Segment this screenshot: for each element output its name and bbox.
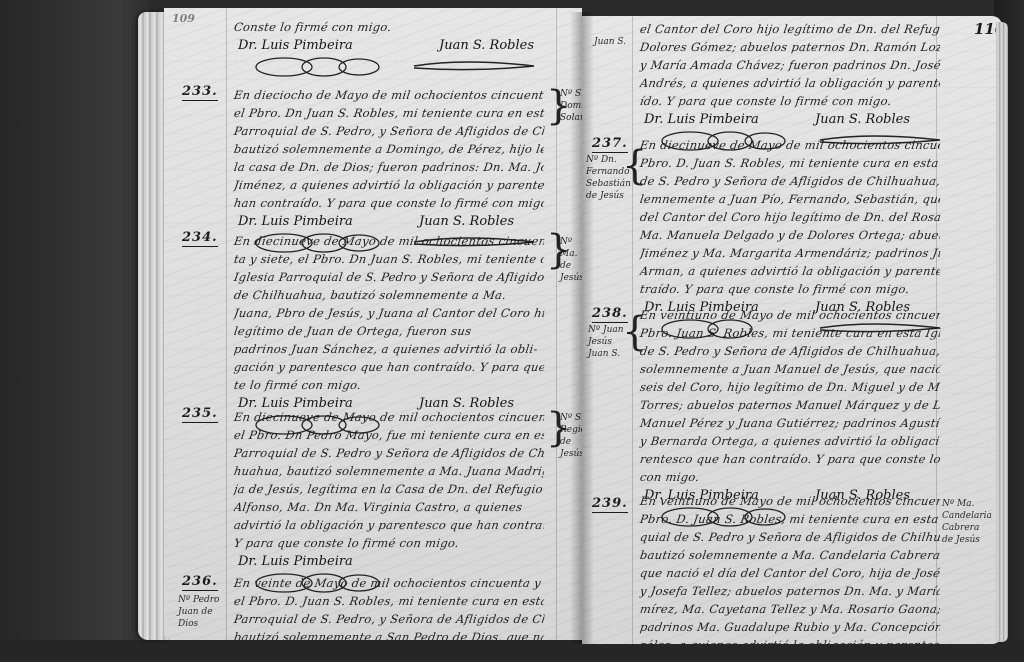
- entry-line: mírez, Ma. Cayetana Tellez y Ma. Rosario…: [639, 600, 942, 618]
- continuation-block: el Cantor del Coro hijo legítimo de Dn. …: [640, 20, 940, 152]
- entry-line: Pbro. Juan S. Robles, mi teniente cura e…: [639, 324, 942, 342]
- entry-line: traído. Y para que conste lo firmé con m…: [639, 280, 942, 298]
- entry-number: 239.: [592, 496, 628, 513]
- signatures: Dr. Luis Pimbeira Juan S. Robles: [234, 212, 544, 232]
- margin-rule: [226, 8, 227, 640]
- entry-line: ta y siete, el Pbro. Dn Juan S. Robles, …: [233, 250, 546, 268]
- entry-line: En veintiuno de Mayo de mil ochocientos …: [639, 306, 942, 324]
- entry-line: y Josefa Tellez; abuelos paternos Dn. Ma…: [639, 582, 942, 600]
- entry-line: En dieciocho de Mayo de mil ochocientos …: [233, 86, 546, 104]
- entry-line: En diecinueve de Mayo de mil ochocientos…: [639, 136, 942, 154]
- baptism-entry: En dieciocho de Mayo de mil ochocientos …: [234, 86, 544, 254]
- entry-line: Y para que conste lo firmé con migo.: [233, 534, 546, 552]
- entry-line: la casa de Dn. de Dios; fueron padrinos:…: [233, 158, 546, 176]
- entry-line: advirtió la obligación y parentesco que …: [233, 516, 546, 534]
- entry-line: ja de Jesús, legítima en la Casa de Dn. …: [233, 480, 546, 498]
- margin-note: Juan S.: [594, 36, 626, 48]
- entry-line: En diecinueve de Mayo de mil ochocientos…: [233, 408, 546, 426]
- brace-icon: }: [546, 230, 571, 270]
- entry-line: Juana, Pbro de Jesús, y Juana al Cantor …: [233, 304, 546, 322]
- entry-line: padrinos Juan Sánchez, a quienes advirti…: [233, 340, 546, 358]
- entry-line: y María Amada Chávez; fueron padrinos Dn…: [639, 56, 942, 74]
- entry-line: Manuel Pérez y Juana Gutiérrez; padrinos…: [639, 414, 942, 432]
- entry-line: En diecinueve de Mayo de mil ochocientos…: [233, 232, 546, 250]
- entry-line: Torres; abuelos paternos Manuel Márquez …: [639, 396, 942, 414]
- entry-line: de S. Pedro y Señora de Afligidos de Chi…: [639, 342, 942, 360]
- signature-right: Juan S. Robles: [419, 212, 514, 232]
- right-page: 110 Juan S. el Cantor del Coro hijo legí…: [582, 16, 1002, 644]
- entry-line: con migo.: [639, 468, 942, 486]
- signature-left: Dr. Luis Pimbeira: [238, 36, 353, 56]
- signatures: Dr. Luis Pimbeira Juan S. Robles: [640, 110, 940, 130]
- baptism-entry: En veinte de Mayo de mil ochocientos cin…: [234, 574, 544, 640]
- open-register-book: 109 Conste lo firmé con migo. Dr. Luis P…: [138, 8, 1008, 644]
- book-gutter: [570, 12, 594, 644]
- entry-line: huahua, bautizó solemnemente a Ma. Juana…: [233, 462, 546, 480]
- entry-line: lemnemente a Juan Pío, Fernando, Sebasti…: [639, 190, 942, 208]
- entry-line: de S. Pedro y Señora de Afligidos de Chi…: [639, 172, 942, 190]
- entry-line: Andrés, a quienes advirtió la obligación…: [639, 74, 942, 92]
- entry-line: Parroquial de S. Pedro, y Señora de Afli…: [233, 122, 546, 140]
- entry-line: de Chilhuahua, bautizó solemnemente a Ma…: [233, 286, 546, 304]
- signature-left: Dr. Luis Pimbeira: [238, 552, 353, 572]
- baptism-entry: En veintiuno de Mayo de mil ochocientos …: [640, 492, 940, 644]
- dark-background-left: [0, 0, 150, 662]
- entry-line: Conste lo firmé con migo.: [233, 18, 566, 36]
- margin-note: Nº Ma. Candelaria Cabrera de Jesús: [942, 498, 992, 546]
- entry-line: Alfonso, Ma. Dn Ma. Virginia Castro, a q…: [233, 498, 546, 516]
- entry-line: En veinte de Mayo de mil ochocientos cin…: [233, 574, 546, 592]
- entry-line: Jiménez y Ma. Margarita Armendáriz; padr…: [639, 244, 942, 262]
- entry-line: quial de S. Pedro y Señora de Afligidos …: [639, 528, 942, 546]
- entry-line: el Pbro. Dn Juan S. Robles, mi teniente …: [233, 104, 546, 122]
- entry-line: bautizó solemnemente a San Pedro de Dios…: [233, 628, 546, 640]
- entry-line: bautizó solemnemente a Ma. Candelaria Ca…: [639, 546, 942, 564]
- entry-line: y Bernarda Ortega, a quienes advirtió la…: [639, 432, 942, 450]
- entry-line: el Pbro. D. Juan S. Robles, mi teniente …: [233, 592, 546, 610]
- entry-line: el Cantor del Coro hijo legítimo de Dn. …: [639, 20, 942, 38]
- entry-line: del Cantor del Coro hijo legítimo de Dn.…: [639, 208, 942, 226]
- entry-line: bautizó solemnemente a Domingo, de Pérez…: [233, 140, 546, 158]
- signature-right: Juan S. Robles: [815, 110, 910, 130]
- entry-line: te lo firmé con migo.: [233, 376, 546, 394]
- continuation-block: Conste lo firmé con migo. Dr. Luis Pimbe…: [234, 18, 564, 78]
- entry-line: Pbro. D. Juan S. Robles, mi teniente cur…: [639, 154, 942, 172]
- entry-line: ído. Y para que conste lo firmé con migo…: [639, 92, 942, 110]
- entry-line: Arman, a quienes advirtió la obligación …: [639, 262, 942, 280]
- signature-left: Dr. Luis Pimbeira: [238, 212, 353, 232]
- entry-line: que nació el día del Cantor del Coro, hi…: [639, 564, 942, 582]
- entry-line: legítimo de Juan de Ortega, fueron sus: [233, 322, 546, 340]
- brace-icon: }: [546, 408, 571, 448]
- margin-note: Nº Pedro Juan de Dios: [178, 594, 219, 630]
- signature-right: Juan S. Robles: [439, 36, 534, 56]
- brace-icon: }: [546, 86, 571, 126]
- signatures: Dr. Luis Pimbeira: [234, 552, 544, 572]
- signatures: Dr. Luis Pimbeira Juan S. Robles: [234, 36, 564, 56]
- entry-line: rentesco que han contraído. Y para que c…: [639, 450, 942, 468]
- entry-line: Jiménez, a quienes advirtió la obligació…: [233, 176, 546, 194]
- entry-number: 235.: [182, 406, 218, 423]
- entry-line: Ma. Manuela Delgado y de Dolores Ortega;…: [639, 226, 942, 244]
- entry-line: Parroquial de S. Pedro, y Señora de Afli…: [233, 610, 546, 628]
- baptism-entry: En diecinueve de Mayo de mil ochocientos…: [234, 408, 544, 594]
- entry-line: solemnemente a Juan Manuel de Jesús, que…: [639, 360, 942, 378]
- entry-line: Iglesia Parroquial de S. Pedro y Señora …: [233, 268, 546, 286]
- entry-line: Dolores Gómez; abuelos paternos Dn. Ramó…: [639, 38, 942, 56]
- entry-line: gación y parentesco que han contraído. Y…: [233, 358, 546, 376]
- rubric-flourish-icon: [244, 56, 544, 78]
- signature-left: Dr. Luis Pimbeira: [644, 110, 759, 130]
- baptism-entry: En diecinueve de Mayo de mil ochocientos…: [234, 232, 544, 436]
- entry-number: 234.: [182, 230, 218, 247]
- entry-line: En veintiuno de Mayo de mil ochocientos …: [639, 492, 942, 510]
- entry-line: seis del Coro, hijo legítimo de Dn. Migu…: [639, 378, 942, 396]
- entry-line: zález, a quienes advirtió la obligación …: [639, 636, 942, 644]
- entry-line: Parroquial de S. Pedro y Señora de Aflig…: [233, 444, 546, 462]
- left-page: 109 Conste lo firmé con migo. Dr. Luis P…: [164, 8, 582, 640]
- entry-number: 233.: [182, 84, 218, 101]
- page-number: 109: [172, 12, 195, 25]
- entry-line: han contraído. Y para que conste lo firm…: [233, 194, 546, 212]
- right-page-edges: [996, 22, 1008, 642]
- entry-line: el Pbro. Dn Pedro Mayo, fue mi teniente …: [233, 426, 546, 444]
- entry-line: padrinos Ma. Guadalupe Rubio y Ma. Conce…: [639, 618, 942, 636]
- entry-number: 236.: [182, 574, 218, 591]
- entry-line: Pbro. D. Juan S. Robles, mi teniente cur…: [639, 510, 942, 528]
